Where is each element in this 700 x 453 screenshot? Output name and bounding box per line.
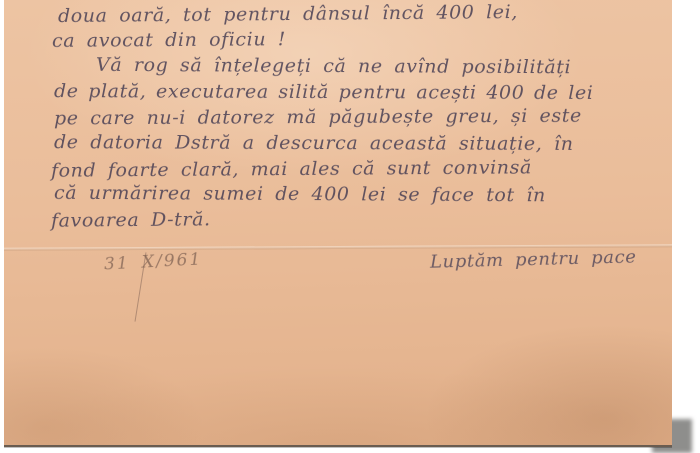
letter-paper: doua oară, tot pentru dânsul încă 400 le… <box>4 0 672 447</box>
handwritten-line: că urmărirea sumei de 400 lei se face to… <box>54 182 546 207</box>
handwritten-line: fond foarte clară, mai ales că sunt conv… <box>51 156 532 181</box>
handwritten-line: ca avocat din oficiu ! <box>52 28 286 52</box>
handwritten-line: pe care nu-i datorez mă păgubește greu, … <box>54 105 582 130</box>
handwritten-line: de datoria Dstră a descurca această situ… <box>54 131 574 155</box>
handwritten-line: doua oară, tot pentru dânsul încă 400 le… <box>58 1 518 27</box>
scanned-letter: doua oară, tot pentru dânsul încă 400 le… <box>0 0 700 453</box>
letter-date: 31 X/961 <box>104 249 203 274</box>
handwritten-line: favoarea D-tră. <box>51 208 211 231</box>
handwritten-line: Vă rog să înțelegeți că ne avînd posibil… <box>96 54 571 78</box>
handwritten-line: de plată, executarea silită pentru aceșt… <box>54 80 594 104</box>
letter-closing: Luptăm pentru pace <box>430 246 637 272</box>
